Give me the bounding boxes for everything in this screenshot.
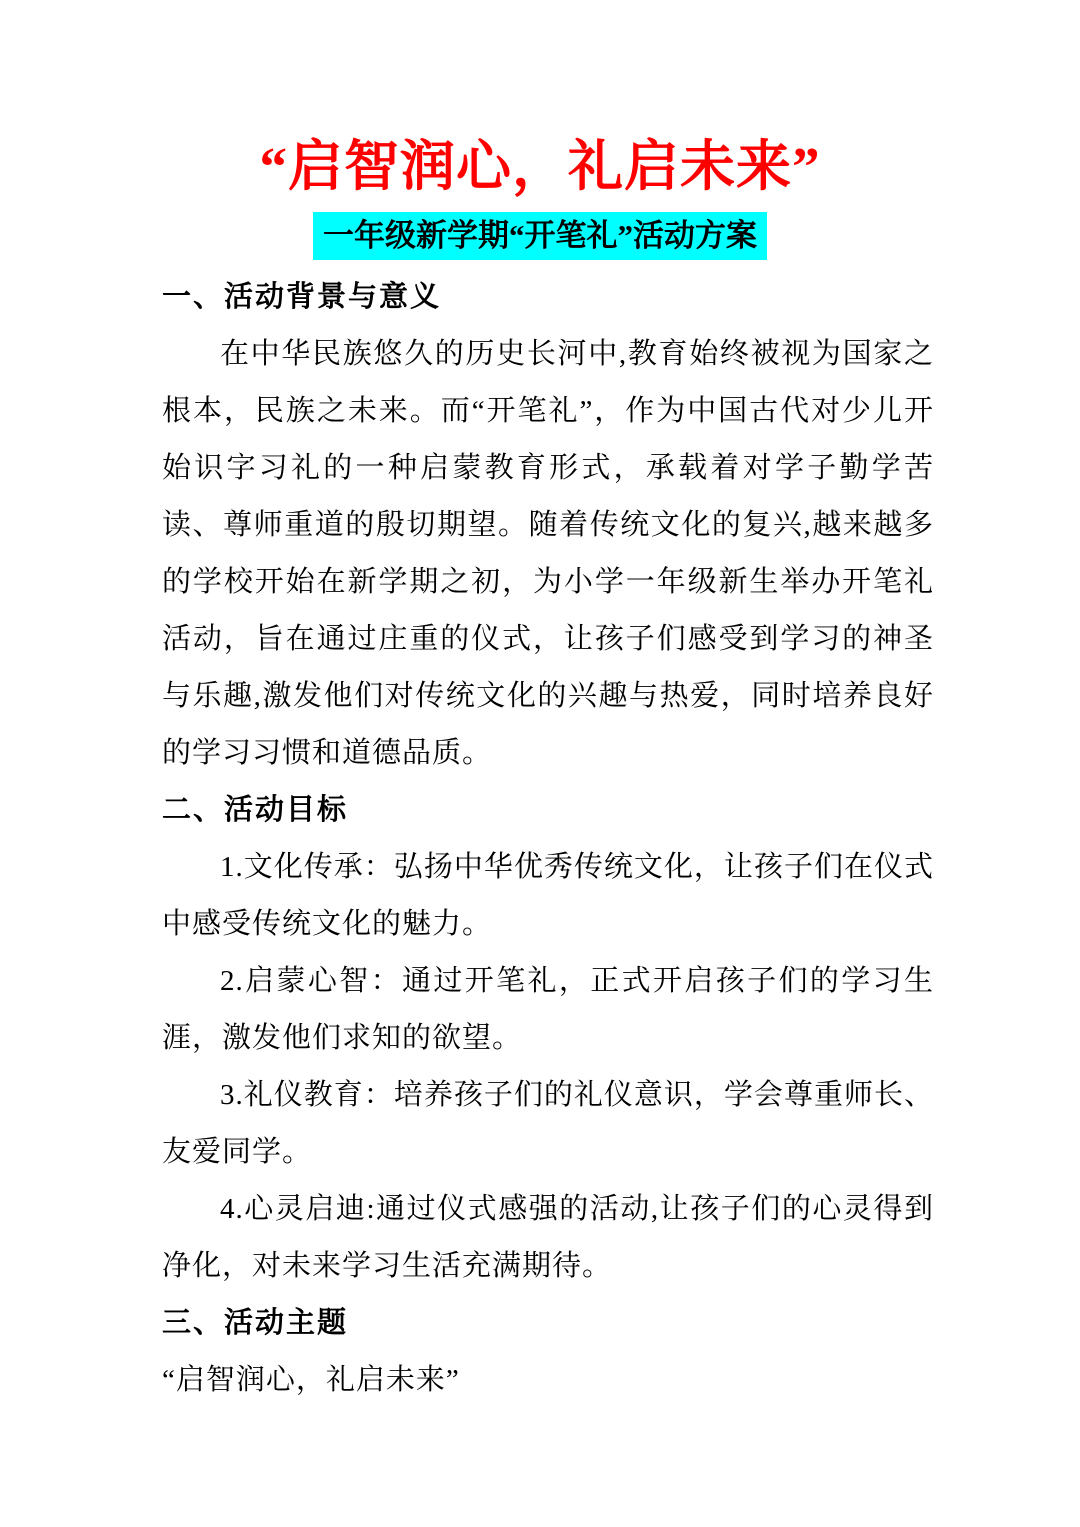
goal-item-1: 1.文化传承：弘扬中华优秀传统文化，让孩子们在仪式中感受传统文化的魅力。: [162, 839, 934, 953]
goal-item-2: 2.启蒙心智：通过开笔礼，正式开启孩子们的学习生涯，激发他们求知的欲望。: [162, 953, 934, 1067]
document-page: “启智润心，礼启未来” 一年级新学期“开笔礼”活动方案 一、活动背景与意义 在中…: [0, 0, 1080, 1527]
section-heading-theme: 三、活动主题: [162, 1295, 934, 1352]
document-title: “启智润心，礼启未来”: [0, 134, 1080, 200]
document-body: 一、活动背景与意义 在中华民族悠久的历史长河中,教育始终被视为国家之根本，民族之…: [0, 269, 1080, 1409]
goal-item-3: 3.礼仪教育：培养孩子们的礼仪意识，学会尊重师长、友爱同学。: [162, 1067, 934, 1181]
section-heading-goals: 二、活动目标: [162, 782, 934, 839]
document-subtitle: 一年级新学期“开笔礼”活动方案: [313, 212, 767, 260]
theme-paragraph: “启智润心，礼启未来”: [162, 1352, 934, 1409]
goal-item-4: 4.心灵启迪:通过仪式感强的活动,让孩子们的心灵得到净化，对未来学习生活充满期待…: [162, 1181, 934, 1295]
background-paragraph: 在中华民族悠久的历史长河中,教育始终被视为国家之根本，民族之未来。而“开笔礼”，…: [162, 326, 934, 782]
section-heading-background: 一、活动背景与意义: [162, 269, 934, 326]
document-subtitle-row: 一年级新学期“开笔礼”活动方案: [0, 212, 1080, 260]
